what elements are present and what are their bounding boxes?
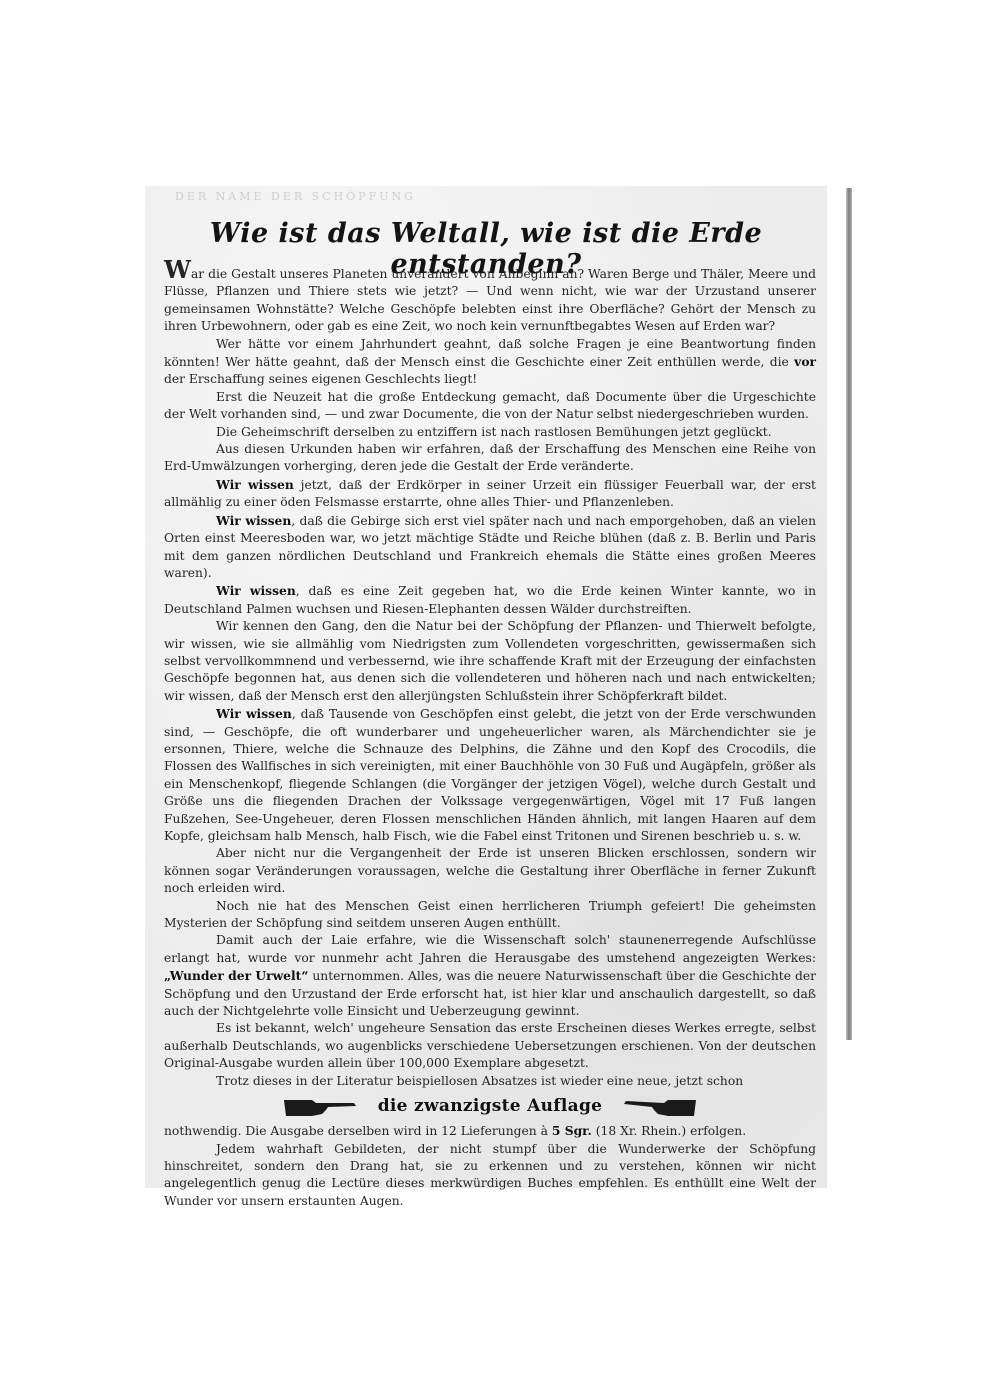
paragraph: nothwendig. Die Ausgabe derselben wird i… [164,1122,816,1140]
paragraph: Erst die Neuzeit hat die große Entdeckun… [164,389,816,424]
paragraph: Wir kennen den Gang, den die Natur bei d… [164,618,816,705]
paragraph: Wir wissen jetzt, daß der Erdkörper in s… [164,476,816,512]
edition-callout: die zwanzigste Auflage [164,1094,816,1120]
drop-cap: W [164,255,191,284]
article-body: War die Gestalt unseres Planeten unverän… [164,263,816,1210]
paragraph: Trotz dieses in der Literatur beispiello… [164,1073,816,1090]
book-title: „Wunder der Urwelt“ [164,968,308,983]
paragraph: Noch nie hat des Menschen Geist einen he… [164,898,816,933]
paragraph: Damit auch der Laie erfahre, wie die Wis… [164,932,816,1020]
pointing-hand-right-icon [282,1096,358,1118]
paragraph: Wir wissen, daß es eine Zeit gegeben hat… [164,582,816,618]
bleed-through-header: DER NAME DER SCHÖPFUNG [175,190,825,204]
paragraph: Die Geheimschrift derselben zu entziffer… [164,424,816,441]
paragraph: Es ist bekannt, welch' ungeheure Sensati… [164,1020,816,1072]
paragraph: Jedem wahrhaft Gebildeten, der nicht stu… [164,1141,816,1211]
edition-text: die zwanzigste Auflage [378,1098,603,1115]
paragraph: Wir wissen, daß Tausende von Geschöpfen … [164,705,816,845]
paragraph: Wer hätte vor einem Jahrhundert geahnt, … [164,336,816,389]
paragraph: Aber nicht nur die Vergangenheit der Erd… [164,845,816,897]
paragraph: War die Gestalt unseres Planeten unverän… [164,263,816,336]
scan-edge-shadow [846,188,852,1040]
pointing-hand-left-icon [622,1096,698,1118]
paragraph: Aus diesen Urkunden haben wir erfahren, … [164,441,816,476]
price: 5 Sgr. [552,1123,592,1138]
paragraph: Wir wissen, daß die Gebirge sich erst vi… [164,512,816,583]
